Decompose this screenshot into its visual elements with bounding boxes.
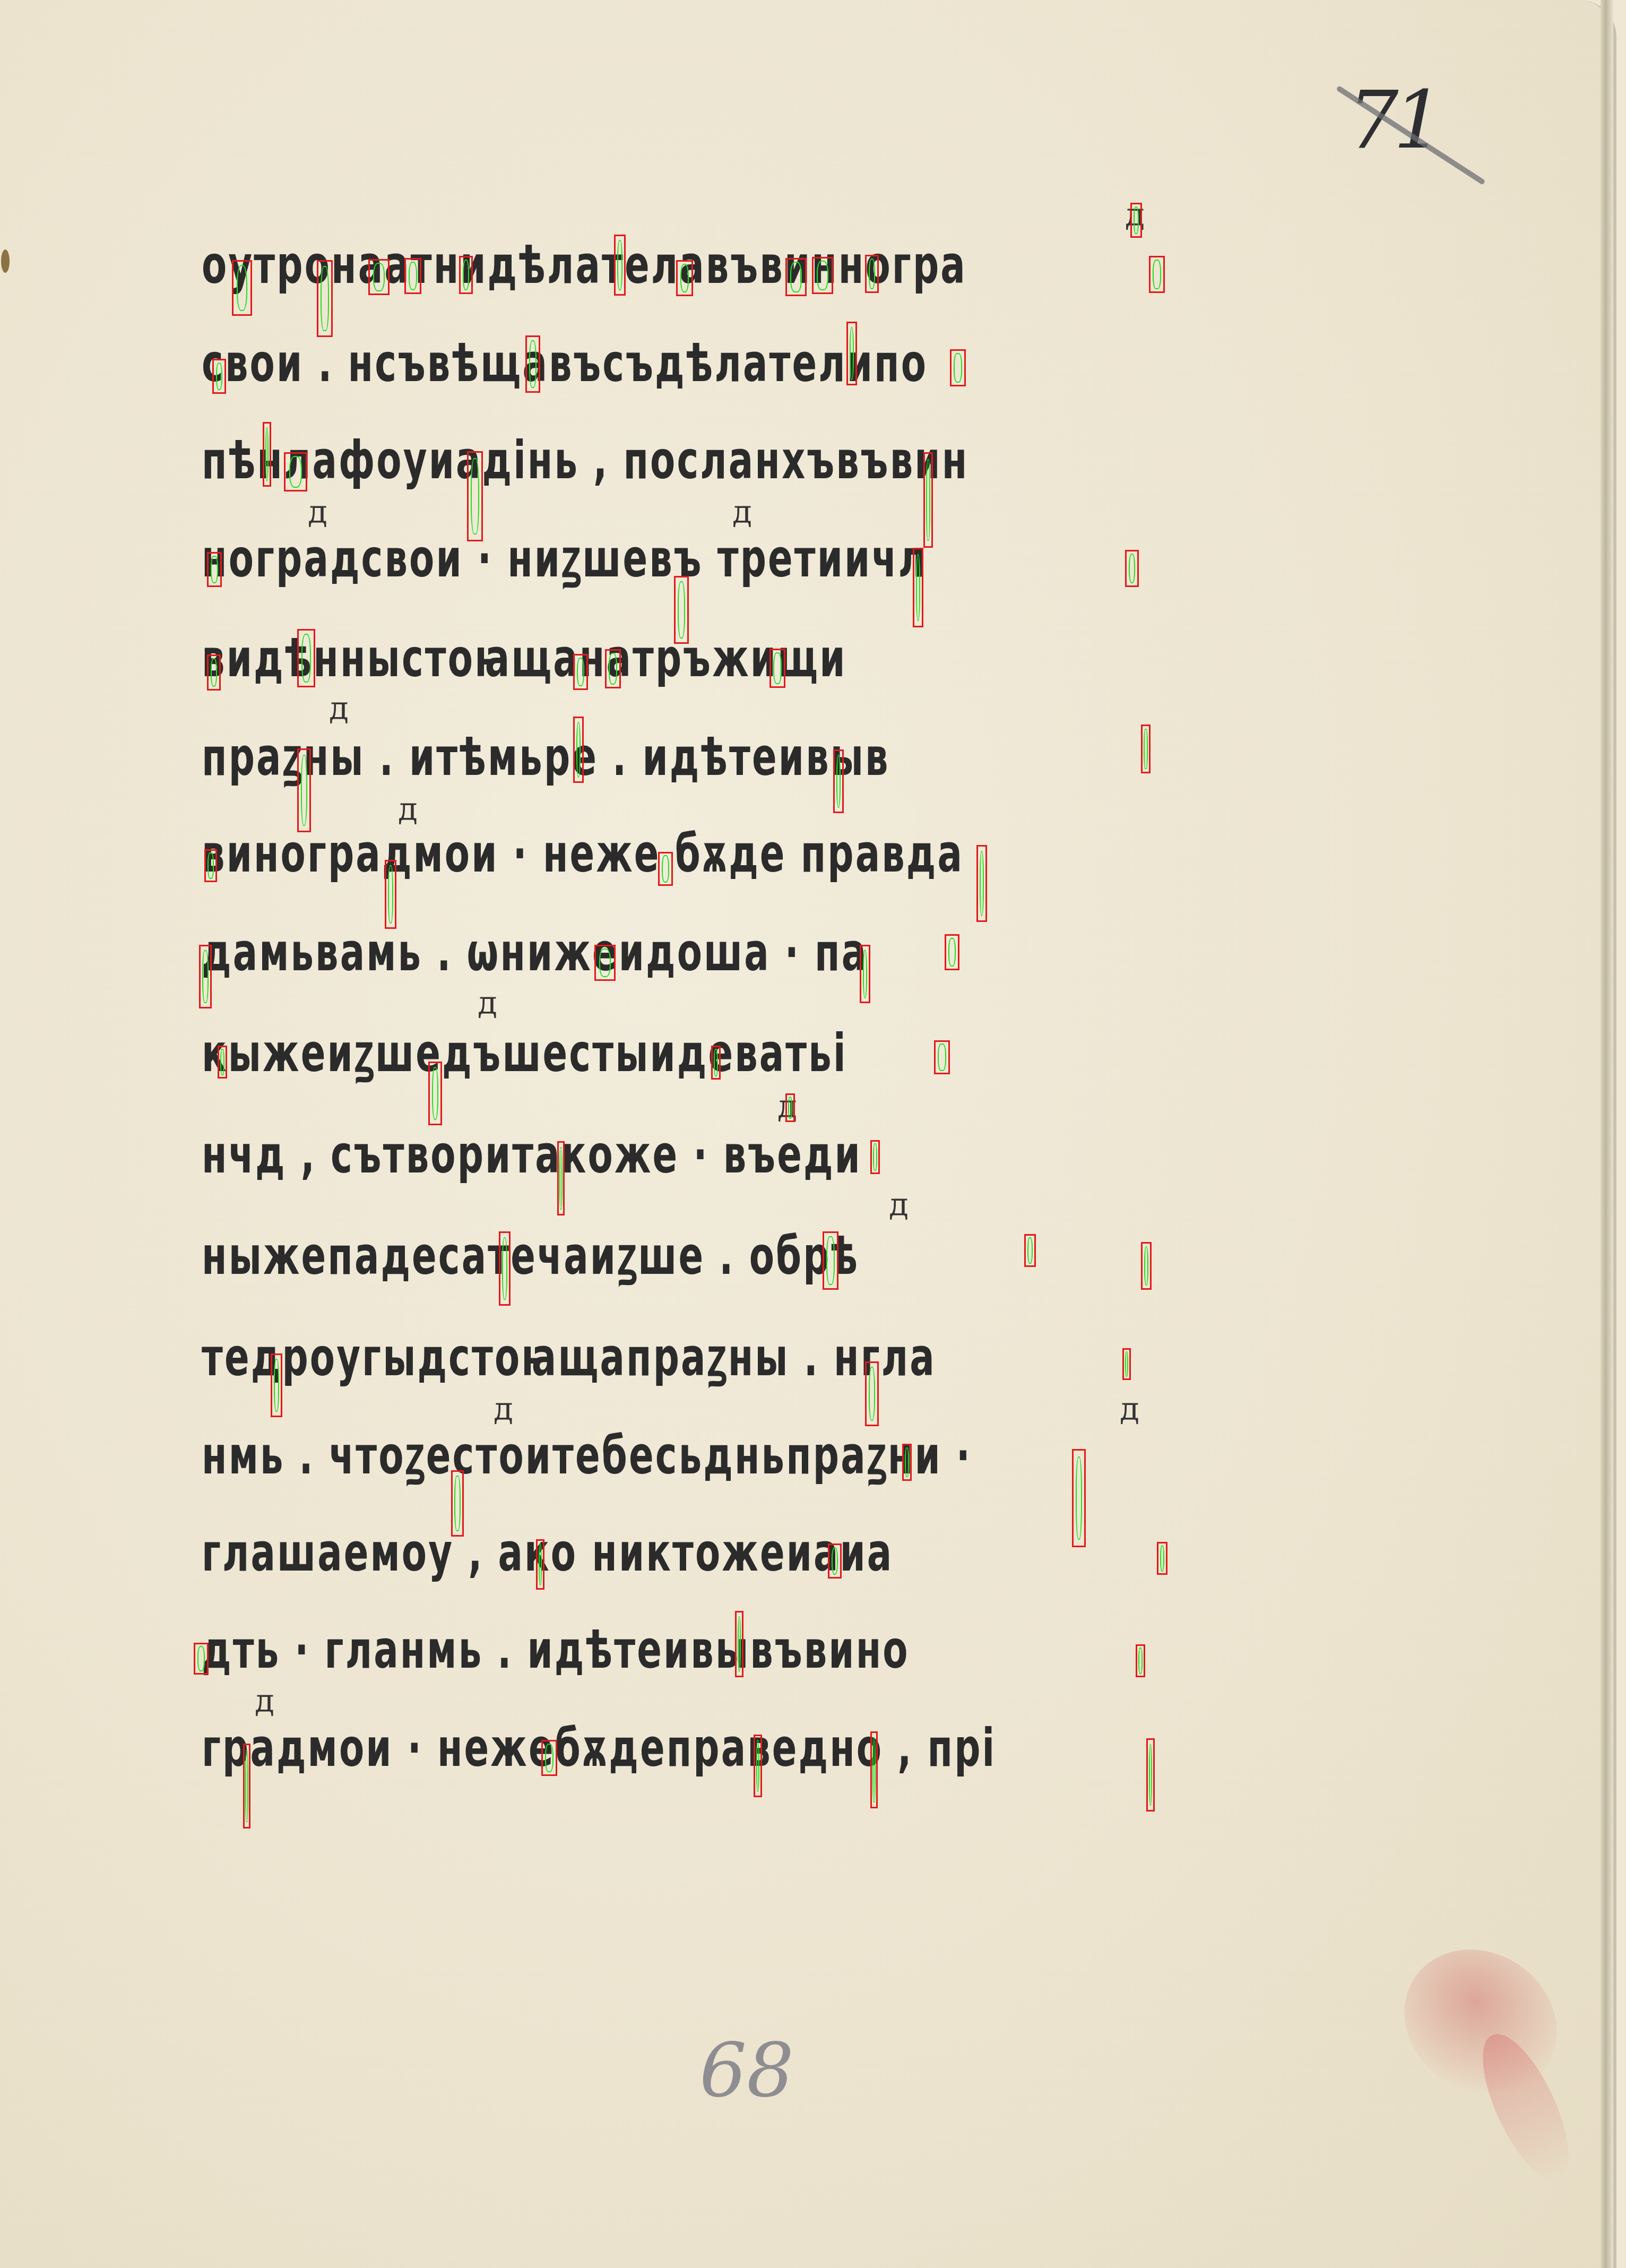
character-bbox xyxy=(404,258,421,294)
text-line-6: праꙁны . итѣмьре . идѣтеивыв xyxy=(202,726,988,789)
text-line-7: виноградмои · неже бѫде правда xyxy=(202,822,988,886)
character-bbox xyxy=(1157,1542,1167,1575)
text-line-14: глашаемоу , ако никтожеиаиа xyxy=(202,1521,988,1585)
character-bbox xyxy=(735,1611,743,1677)
character-bbox xyxy=(573,717,584,783)
character-bbox xyxy=(594,945,616,981)
character-bbox xyxy=(557,1141,565,1215)
character-bbox xyxy=(1149,256,1165,293)
character-bbox xyxy=(218,1046,227,1079)
text-line-4: ноградсвои · ниꙁшевъ третиичл xyxy=(202,527,988,591)
text-line-13: нмь . чтоꙁестоитебесьдньпраꙁни · xyxy=(202,1424,988,1488)
character-bbox xyxy=(658,852,673,886)
superscript-letter: д xyxy=(478,985,497,1022)
superscript-letter: д xyxy=(1120,1391,1139,1428)
character-bbox xyxy=(1141,1242,1152,1290)
text-line-5: видѣнныстоꙗщанатръжищи xyxy=(202,627,988,691)
character-bbox xyxy=(1122,1348,1131,1380)
character-bbox xyxy=(1141,725,1151,773)
character-bbox xyxy=(263,422,271,487)
character-bbox xyxy=(923,452,933,548)
superscript-letter: д xyxy=(494,1391,513,1428)
character-bbox xyxy=(754,1735,762,1797)
character-bbox xyxy=(605,649,621,688)
character-bbox xyxy=(428,1062,442,1125)
superscript-letter: д xyxy=(398,791,418,828)
superscript-letter: д xyxy=(255,1683,274,1720)
character-bbox xyxy=(525,335,540,393)
character-bbox xyxy=(536,1539,544,1590)
character-bbox xyxy=(207,654,221,691)
ink-spot xyxy=(1,249,10,273)
character-bbox xyxy=(232,260,252,316)
character-bbox xyxy=(833,749,844,813)
character-bbox xyxy=(1125,550,1139,587)
text-line-2: свои . нсъвѣщавъсъдѣлателипо xyxy=(202,332,988,395)
character-bbox xyxy=(785,258,807,296)
character-bbox xyxy=(674,576,689,644)
character-bbox xyxy=(1136,1644,1145,1677)
red-stain xyxy=(1376,1920,1586,2124)
character-bbox xyxy=(812,257,833,294)
character-bbox xyxy=(976,845,987,922)
character-bbox xyxy=(614,235,626,296)
character-bbox xyxy=(846,322,857,385)
character-bbox xyxy=(212,359,226,394)
page-number: 68 xyxy=(699,2028,794,2114)
character-bbox xyxy=(823,1231,838,1290)
character-bbox xyxy=(368,259,390,295)
character-bbox xyxy=(207,552,222,587)
character-bbox xyxy=(459,256,473,294)
character-bbox xyxy=(865,1361,879,1426)
superscript-letter: д xyxy=(732,494,752,531)
text-line-11: ныжепадесатечаиꙁше . обрѣ xyxy=(202,1224,988,1288)
character-bbox xyxy=(1130,203,1142,238)
character-bbox xyxy=(769,649,785,688)
character-bbox xyxy=(467,451,483,541)
character-bbox xyxy=(297,629,315,687)
text-line-15: дть · гланмь . идѣтеивывъвино xyxy=(202,1618,988,1682)
character-bbox xyxy=(204,849,217,882)
character-bbox xyxy=(785,1093,795,1122)
superscript-letter: д xyxy=(329,690,349,727)
character-bbox xyxy=(1024,1234,1036,1267)
character-bbox xyxy=(860,945,870,1003)
character-bbox xyxy=(199,945,212,1008)
character-bbox xyxy=(950,349,966,386)
superscript-letter: д xyxy=(308,494,327,531)
manuscript-page: 71 оутронаатнидѣлателавъвинногра свои . … xyxy=(0,0,1616,2268)
character-bbox xyxy=(945,934,959,970)
character-bbox xyxy=(870,1140,880,1174)
character-bbox xyxy=(451,1470,464,1537)
character-bbox xyxy=(194,1643,209,1675)
character-bbox xyxy=(828,1543,842,1579)
character-bbox xyxy=(865,255,879,293)
character-bbox xyxy=(711,1046,721,1080)
character-bbox xyxy=(499,1231,511,1306)
character-bbox xyxy=(317,260,333,337)
superscript-letter: д xyxy=(889,1186,909,1223)
character-bbox xyxy=(284,452,307,491)
character-bbox xyxy=(902,1444,912,1481)
character-bbox xyxy=(541,1740,557,1776)
character-bbox xyxy=(870,1731,878,1808)
character-bbox xyxy=(1146,1738,1155,1812)
character-bbox xyxy=(1072,1449,1086,1547)
text-line-3: пѣнлафоуиадінь , посланхъвъвин xyxy=(202,429,988,493)
character-bbox xyxy=(243,1744,250,1829)
character-bbox xyxy=(934,1040,950,1074)
character-bbox xyxy=(913,548,923,627)
character-bbox xyxy=(676,260,693,296)
character-bbox xyxy=(385,860,396,929)
page-edge xyxy=(1601,0,1613,2268)
character-bbox xyxy=(573,654,588,690)
character-bbox xyxy=(297,748,311,832)
character-bbox xyxy=(271,1353,282,1417)
text-line-9: кыжеиꙁшедъшестыидеватьі xyxy=(202,1022,988,1085)
